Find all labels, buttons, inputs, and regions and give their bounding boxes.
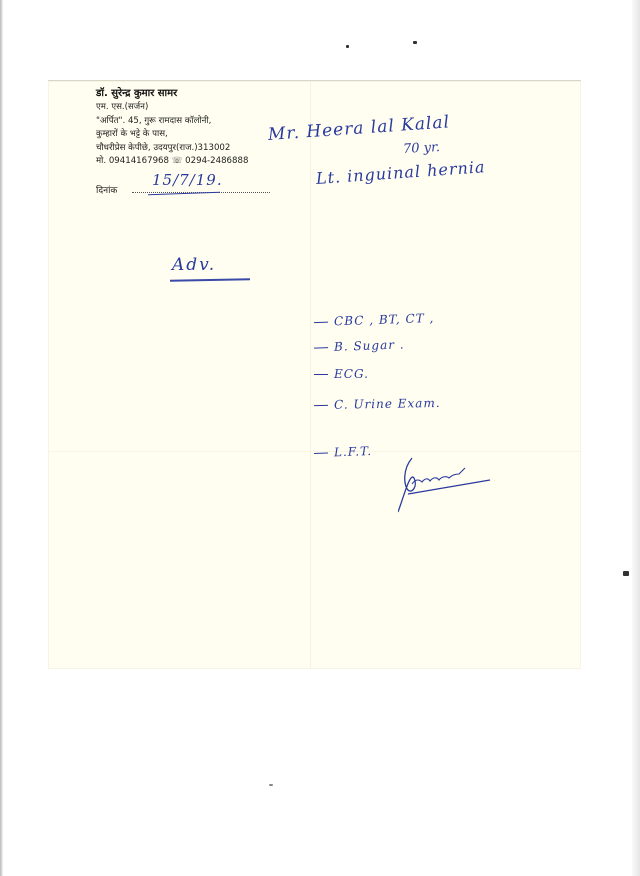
scan-speck	[346, 45, 349, 48]
scan-edge-left	[0, 0, 3, 876]
scan-speck	[269, 784, 273, 786]
doctor-qualification: एम. एस.(सर्जन)	[96, 101, 296, 115]
dash-mark	[314, 374, 328, 375]
diagnosis: Lt. inguinal hernia	[315, 157, 486, 188]
phone-line: मो. 09414167968 ☏ 0294-2486888	[96, 155, 296, 169]
letterhead: डॉ. सुरेन्द्र कुमार सामर एम. एस.(सर्जन) …	[96, 87, 296, 169]
investigation-item: ECG.	[314, 367, 369, 381]
address-line-1: "अर्पित". 45, गुरू रामदास कॉलोनी,	[96, 115, 296, 129]
dash-mark	[314, 347, 328, 348]
dash-mark	[314, 322, 328, 323]
address-line-2: कुम्हारों के भट्टे के पास,	[96, 128, 296, 142]
advice-heading: Adv.	[172, 255, 216, 275]
dash-mark	[314, 453, 328, 454]
patient-age: 70 yr.	[403, 140, 441, 157]
dash-mark	[314, 405, 328, 406]
prescription-paper: डॉ. सुरेन्द्र कुमार सामर एम. एस.(सर्जन) …	[48, 80, 581, 669]
scan-speck	[413, 41, 417, 44]
scan-speck	[623, 571, 629, 576]
investigation-item: L.F.T.	[314, 444, 373, 460]
advice-underline	[170, 278, 250, 281]
paper-fold-vertical	[310, 81, 311, 669]
scan-edge-right	[632, 0, 640, 876]
doctor-signature	[398, 456, 498, 516]
investigation-item: CBC , BT, CT ,	[314, 311, 435, 329]
investigation-item: C. Urine Exam.	[314, 396, 441, 412]
investigation-item: B. Sugar .	[314, 337, 405, 354]
date-label: दिनांक	[96, 183, 117, 196]
address-line-3: चौधरीप्रेस केपीछे, उदयपुर(राज.)313002	[96, 142, 296, 156]
signature-icon	[398, 456, 498, 516]
doctor-name: डॉ. सुरेन्द्र कुमार सामर	[96, 87, 296, 101]
date-value: 15/7/19.	[152, 171, 223, 189]
